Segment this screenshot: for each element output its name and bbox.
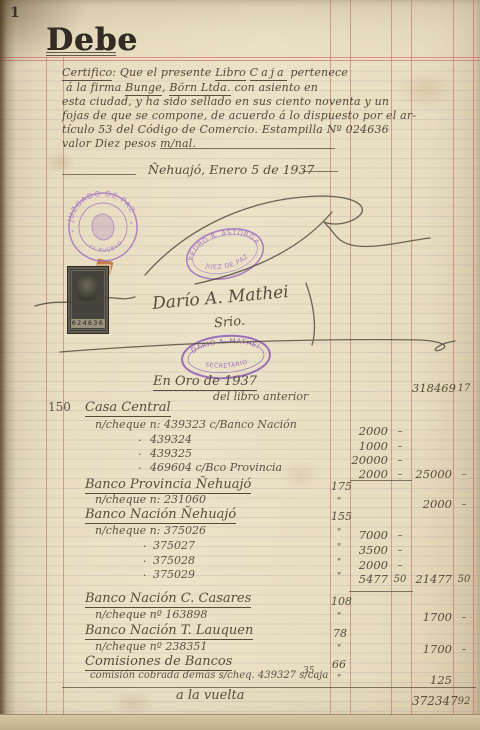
ditto-dot: . bbox=[138, 431, 142, 444]
carry-forward-note: a la vuelta bbox=[176, 688, 244, 703]
ditto-dot: . bbox=[143, 537, 147, 550]
certification-line-2: á la firma Bunge, Börn Ltda. con asiento… bbox=[66, 81, 318, 94]
account-folio: 175 bbox=[331, 480, 352, 493]
small-signature-stroke bbox=[35, 297, 135, 306]
detail-row: 375027 bbox=[153, 539, 195, 552]
underline-flourish bbox=[60, 340, 455, 352]
title-underline bbox=[46, 55, 116, 56]
detail-row: 439324 bbox=[150, 433, 192, 446]
ledger-page-scan: 1 Debe Certifico: Que el presente Libro … bbox=[0, 0, 480, 730]
account-name: Banco Provincia Ñehuajó bbox=[85, 477, 251, 492]
detail-row: n/cheque nº 238351 bbox=[95, 640, 207, 653]
amount-col1: 20000– bbox=[350, 453, 408, 467]
word-born-ltda: Börn Ltda. bbox=[169, 81, 230, 96]
ditto-dot: . bbox=[138, 459, 142, 472]
fill-rule bbox=[160, 148, 335, 149]
certification-line-1: Certifico: Que el presente Libro Caja pe… bbox=[62, 66, 348, 79]
ditto-dot: . bbox=[143, 552, 147, 565]
account-name: Casa Central bbox=[85, 400, 171, 415]
amount-col2: 1700– bbox=[412, 642, 472, 656]
amount-col1: 547750 bbox=[350, 572, 408, 586]
amount-col1: 2000– bbox=[350, 558, 408, 572]
detail-row: 375028 bbox=[153, 554, 195, 567]
carryover-amount: 31846917 bbox=[412, 381, 472, 395]
detail-row: 375029 bbox=[153, 568, 195, 581]
account-name: Banco Nación T. Lauquen bbox=[85, 623, 253, 638]
word-libro: Libro bbox=[215, 66, 246, 81]
detail-row: 439325 bbox=[150, 447, 192, 460]
signature-role: Srio. bbox=[213, 314, 245, 332]
amount-col2: 1700– bbox=[412, 610, 472, 624]
red-rule-vertical bbox=[473, 0, 474, 730]
detail-row: n/cheque nº 163898 bbox=[95, 608, 207, 621]
amount-col2: 2000– bbox=[412, 497, 472, 511]
word-certifico: Certifico bbox=[62, 66, 112, 81]
amount-col1: 3500– bbox=[350, 543, 408, 557]
section-title: En Oro de 1937 bbox=[153, 374, 257, 391]
certification-line-4: fojas de que se compone, de acuerdo á lo… bbox=[62, 109, 416, 122]
fill-rule bbox=[62, 174, 136, 175]
certification-dateline: Ñehuajó, Enero 5 de 1937 bbox=[148, 162, 314, 177]
folio-ditto: " bbox=[337, 543, 341, 553]
folio-ditto: " bbox=[337, 612, 341, 622]
descender-stroke bbox=[306, 283, 314, 345]
detail-row: n/cheque n: 231060 bbox=[95, 493, 206, 506]
amount-col1: 7000– bbox=[350, 528, 408, 542]
word-bunge: Bunge bbox=[125, 81, 162, 96]
detail-note: comisión cobrada demás s/cheq. 439327 s/… bbox=[90, 670, 328, 681]
amount-col2: 125 bbox=[412, 673, 472, 687]
account-folio: 66 bbox=[332, 658, 346, 671]
amount-col2: 25000– bbox=[412, 467, 472, 481]
total-rule bbox=[62, 687, 476, 688]
amount-col2: 2147750 bbox=[412, 572, 472, 586]
total-amount: 37234792 bbox=[412, 694, 472, 708]
ditto-dot: . bbox=[138, 445, 142, 458]
amount-col1: 2000– bbox=[350, 424, 408, 438]
amount-col1: 2000– bbox=[350, 467, 408, 481]
folio-ditto: " bbox=[337, 674, 341, 684]
account-name: Banco Nación Ñehuajó bbox=[85, 507, 236, 522]
account-folio: 78 bbox=[333, 627, 347, 640]
folio-ditto: " bbox=[337, 644, 341, 654]
detail-note-sup: 35 bbox=[303, 666, 314, 676]
account-name: Comisiones de Bancos bbox=[85, 654, 232, 669]
word-caja: Caja bbox=[250, 66, 287, 81]
folio-number: 1 bbox=[10, 5, 20, 21]
detail-row: n/cheque n: 439323 c/Banco Nación bbox=[95, 418, 297, 431]
rubric-stroke bbox=[195, 212, 332, 284]
page-bottom-edge bbox=[0, 714, 480, 730]
detail-row: 469604 c/Bco Provincia bbox=[150, 461, 282, 474]
folio-ditto: " bbox=[337, 572, 341, 582]
account-folio: 155 bbox=[331, 510, 352, 523]
certification-line-5: tículo 53 del Código de Comercio. Estamp… bbox=[62, 123, 389, 136]
folio-ditto: " bbox=[337, 497, 341, 507]
detail-row: n/cheque n: 375026 bbox=[95, 524, 206, 537]
account-folio: 150 bbox=[48, 400, 71, 414]
rubric-stroke bbox=[145, 196, 430, 275]
signature-flourish bbox=[30, 180, 470, 380]
folio-ditto: " bbox=[337, 528, 341, 538]
subtotal-rule bbox=[350, 480, 412, 481]
red-rule-vertical bbox=[63, 57, 64, 730]
title-underline bbox=[46, 52, 116, 53]
account-name: Banco Nación C. Casares bbox=[85, 591, 251, 606]
account-folio: 108 bbox=[331, 595, 352, 608]
red-rule-vertical bbox=[46, 57, 47, 730]
subtotal-rule bbox=[349, 591, 413, 592]
binding-edge bbox=[0, 0, 16, 730]
amount-col1: 1000– bbox=[350, 439, 408, 453]
ditto-dot: . bbox=[143, 566, 147, 579]
fill-rule bbox=[302, 171, 338, 172]
certification-line-3: esta ciudad, y ha sido sellado en sus ci… bbox=[62, 95, 389, 108]
folio-ditto: " bbox=[337, 558, 341, 568]
carryover-label: del libro anterior bbox=[213, 390, 308, 403]
